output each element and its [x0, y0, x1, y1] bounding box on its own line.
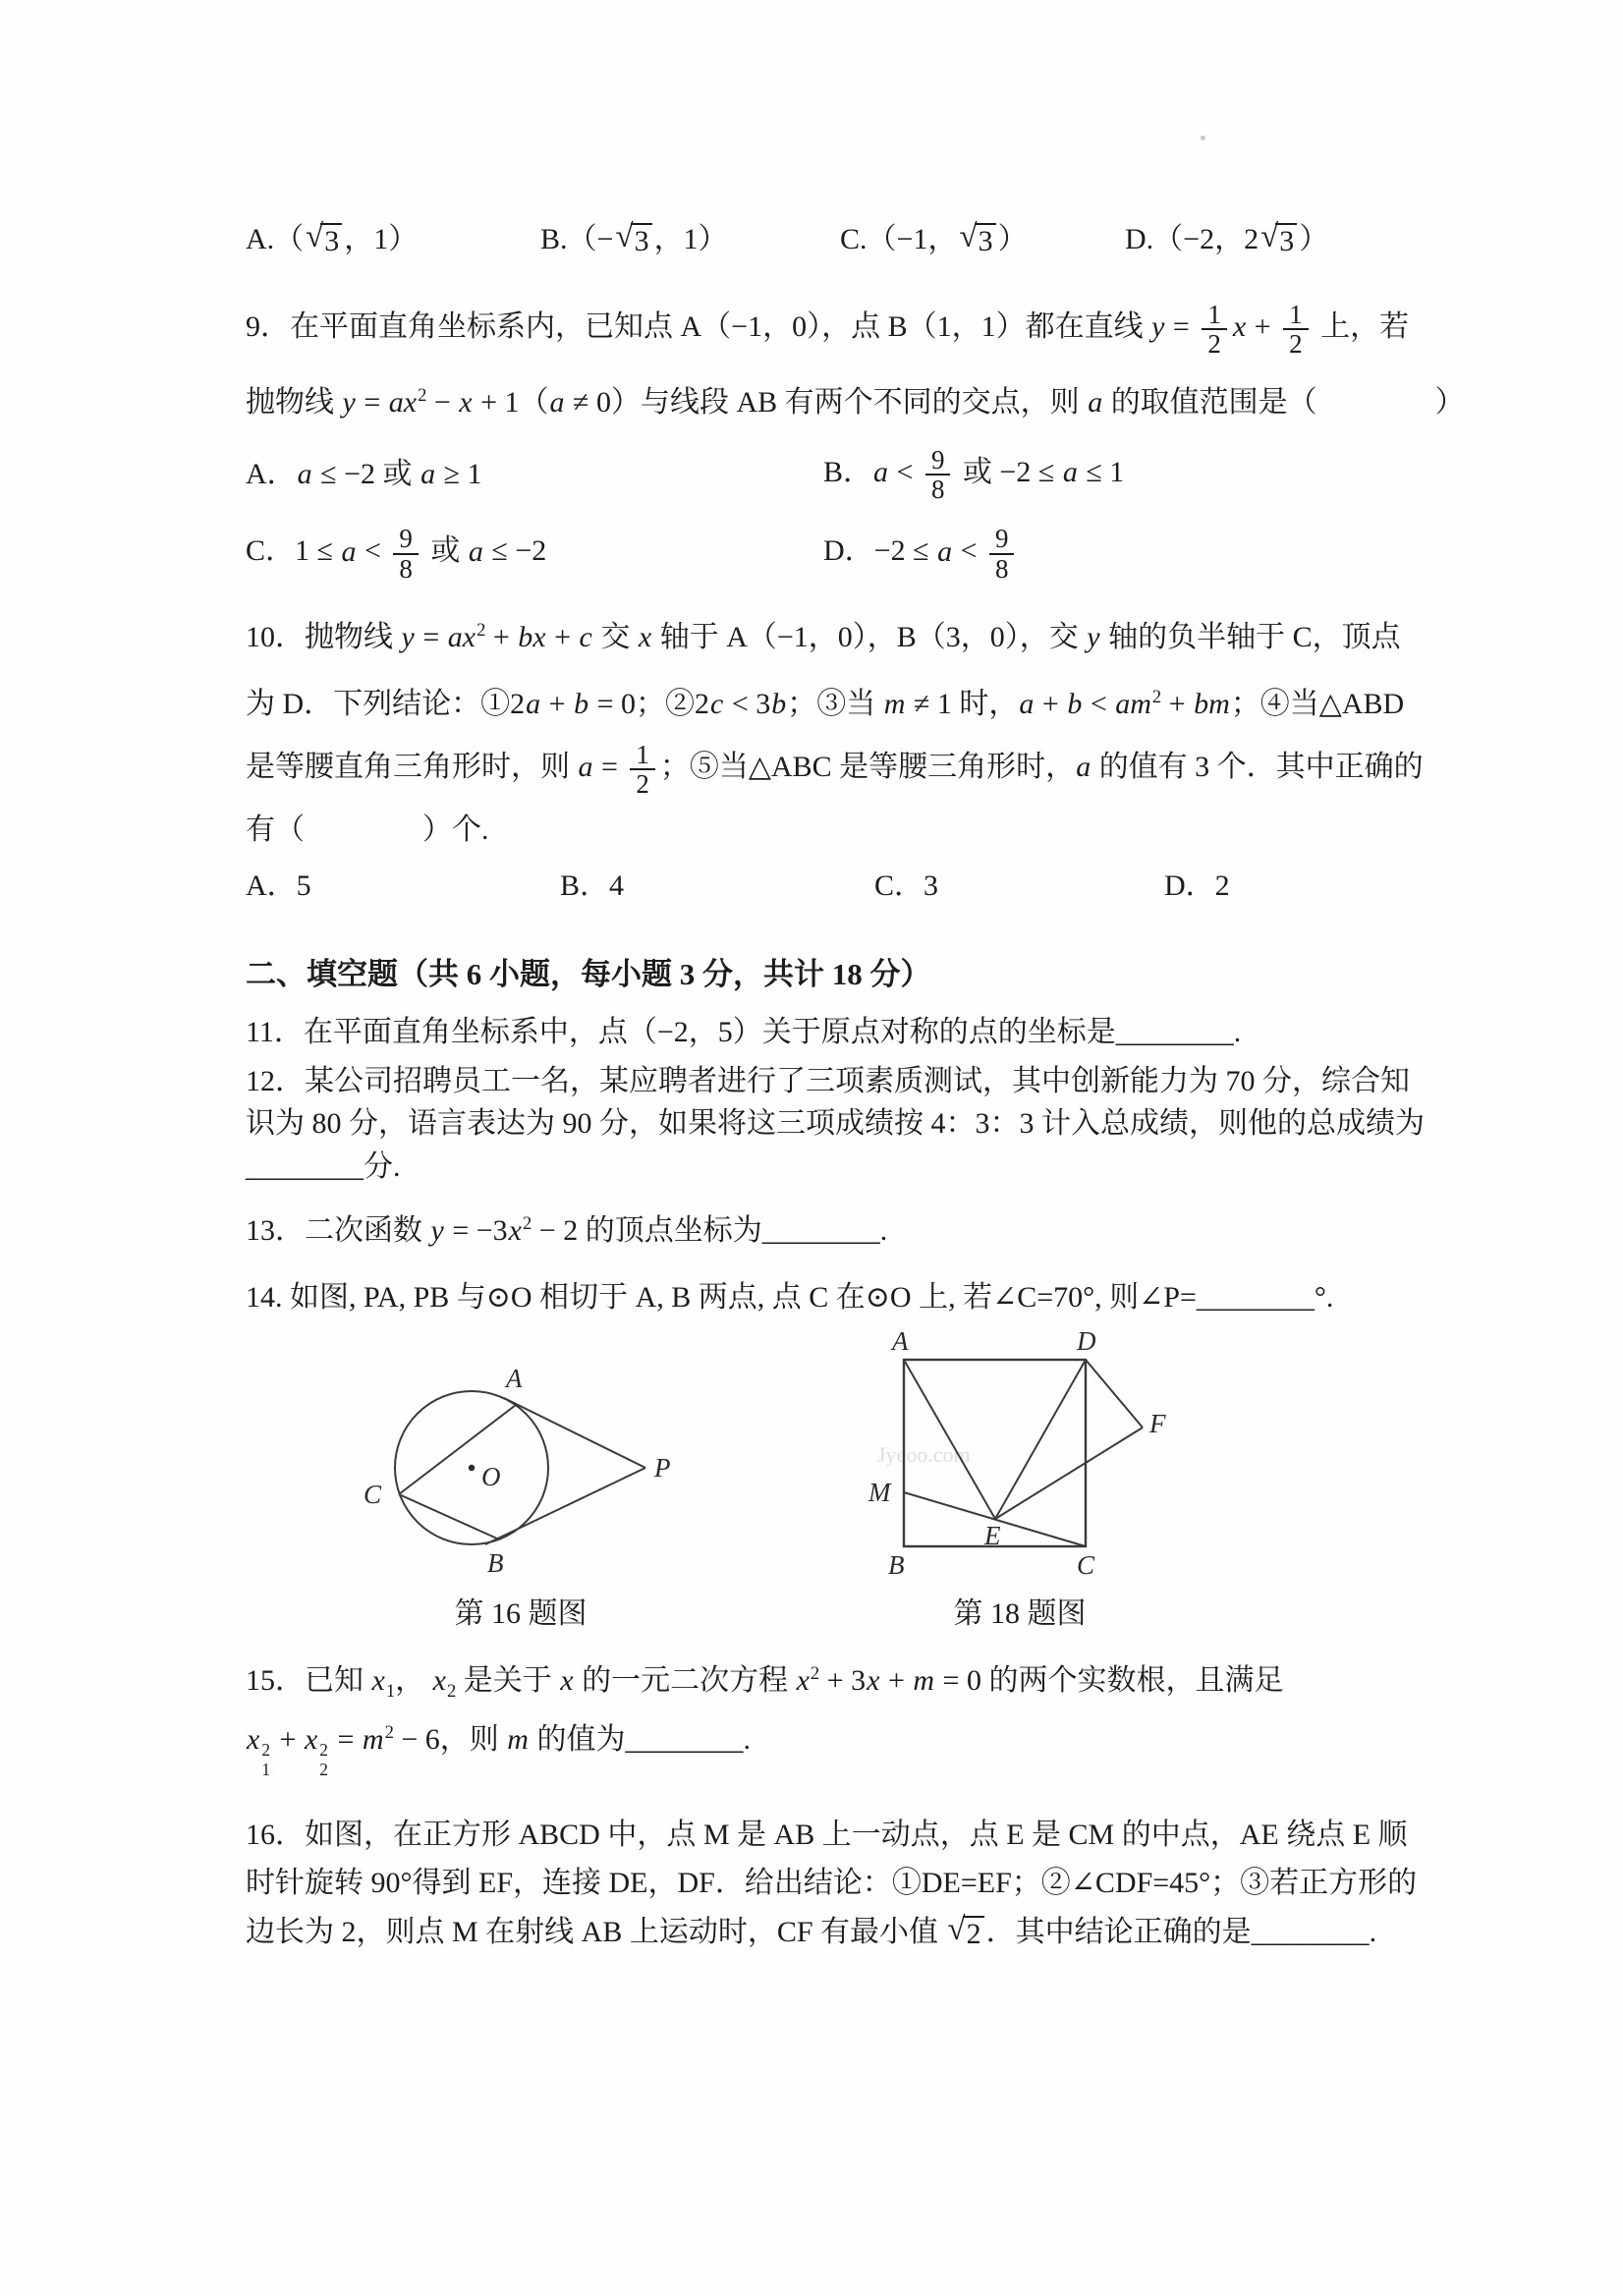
question-12-line-3: ________分. [246, 1146, 1410, 1189]
q8-option-b: B.（−√3，1） [540, 218, 840, 261]
question-16-line-1: 16．如图，在正方形 ABCD 中，点 M 是 AB 上一动点，点 E 是 CM… [246, 1814, 1410, 1857]
point-label-A: A [890, 1332, 909, 1356]
square-figure-caption: 第 18 题图 [954, 1589, 1087, 1632]
question-10-options: A．5 B．4 C．3 D．2 [246, 865, 1410, 908]
point-label-B: B [888, 1550, 905, 1580]
question-16-line-2: 时针旋转 90°得到 EF，连接 DE，DF．给出结论：①DE=EF；②∠CDF… [246, 1862, 1410, 1905]
question-8-options: A.（√3，1） B.（−√3，1） C.（−1，√3） D.（−2，2√3） [246, 218, 1410, 261]
point-label-E: E [983, 1521, 1001, 1550]
q10-option-c: C．3 [874, 865, 1164, 908]
question-9-line-1: 9．在平面直角坐标系内，已知点 A（−1，0），点 B（1，1）都在直线 y =… [246, 301, 1410, 359]
question-9-options: A．a ≤ −2 或 a ≥ 1 B．a < 98 或 −2 ≤ a ≤ 1 C… [246, 446, 1410, 583]
question-10-line-3: 是等腰直角三角形时，则 a = 12；⑤当△ABC 是等腰三角形时，a 的值有 … [246, 741, 1410, 799]
question-15-line-2: x21 + x22 = m2 − 6，则 m 的值为________. [246, 1718, 1410, 1780]
point-label-D: D [1076, 1332, 1096, 1356]
watermark-text: Jyeoo.com [877, 1442, 971, 1467]
question-15-line-1: 15．已知 x1， x2 是关于 x 的一元二次方程 x2 + 3x + m =… [246, 1659, 1410, 1703]
segment-DF [1086, 1360, 1143, 1428]
q8-option-c: C.（−1，√3） [840, 218, 1125, 261]
q9-option-c: C．1 ≤ a < 98 或 a ≤ −2 [246, 525, 823, 583]
q9-option-d: D．−2 ≤ a < 98 [823, 525, 1410, 583]
q9-option-a: A．a ≤ −2 或 a ≥ 1 [246, 453, 823, 496]
q8-option-d: D.（−2，2√3） [1125, 218, 1328, 261]
segment-DE [995, 1360, 1086, 1519]
circle-tangent-figure: A C B P O [305, 1352, 737, 1583]
circle-figure-caption: 第 16 题图 [455, 1589, 588, 1632]
section-2-header: 二、填空题（共 6 小题，每小题 3 分，共计 18 分） [246, 953, 1410, 995]
q9-option-b: B．a < 98 或 −2 ≤ a ≤ 1 [823, 446, 1410, 504]
tangent-PB [485, 1468, 645, 1544]
segment-EF [995, 1428, 1143, 1519]
tangent-PA [504, 1398, 645, 1468]
q10-option-b: B．4 [560, 865, 874, 908]
question-16-line-3: 边长为 2，则点 M 在射线 AB 上运动时，CF 有最小值 √2．其中结论正确… [246, 1911, 1410, 1954]
point-label-F: F [1148, 1409, 1166, 1438]
question-13: 13．二次函数 y = −3x2 − 2 的顶点坐标为________. [246, 1209, 1410, 1253]
question-10-line-1: 10．抛物线 y = ax2 + bx + c 交 x 轴于 A（−1，0），B… [246, 616, 1410, 659]
question-12-line-2: 识为 80 分，语言表达为 90 分，如果将这三项成绩按 4：3：3 计入总成绩… [246, 1102, 1410, 1146]
question-9-line-2: 抛物线 y = ax2 − x + 1（a ≠ 0）与线段 AB 有两个不同的交… [246, 381, 1410, 424]
point-label-M: M [867, 1478, 892, 1507]
q10-option-d: D．2 [1164, 865, 1230, 908]
question-11: 11．在平面直角坐标系中，点（−2，5）关于原点对称的点的坐标是________… [246, 1011, 1410, 1054]
scan-artifact-dot [1201, 136, 1205, 140]
point-label-A: A [504, 1364, 523, 1393]
circle-figure-block: A C B P O 第 16 题图 [305, 1352, 737, 1632]
center-point-O [469, 1465, 475, 1471]
point-label-B: B [487, 1548, 504, 1578]
square-figure-block: Jyeoo.com A D B C M E F 第 18 题图 [863, 1332, 1177, 1632]
point-label-O: O [481, 1462, 501, 1491]
figures-row: A C B P O 第 16 题图 Jyeoo.com A [246, 1332, 1410, 1632]
square-rotation-figure: Jyeoo.com A D B C M E F [863, 1332, 1177, 1583]
question-10-line-2: 为 D．下列结论：①2a + b = 0；②2c < 3b；③当 m ≠ 1 时… [246, 683, 1410, 726]
question-10-line-4: 有（ ）个. [246, 809, 1410, 852]
segment-AE [904, 1360, 995, 1519]
exam-page: A.（√3，1） B.（−√3，1） C.（−1，√3） D.（−2，2√3） … [0, 0, 1623, 2296]
q8-option-a: A.（√3，1） [246, 218, 540, 261]
point-label-C: C [364, 1480, 382, 1509]
point-label-C: C [1077, 1550, 1095, 1580]
question-14: 14. 如图, PA, PB 与⊙O 相切于 A, B 两点, 点 C 在⊙O … [246, 1276, 1410, 1319]
question-12-line-1: 12．某公司招聘员工一名，某应聘者进行了三项素质测试，其中创新能力为 70 分，… [246, 1060, 1410, 1103]
point-label-P: P [653, 1453, 671, 1483]
page-content: A.（√3，1） B.（−√3，1） C.（−1，√3） D.（−2，2√3） … [246, 218, 1410, 1953]
q10-option-a: A．5 [246, 865, 560, 908]
